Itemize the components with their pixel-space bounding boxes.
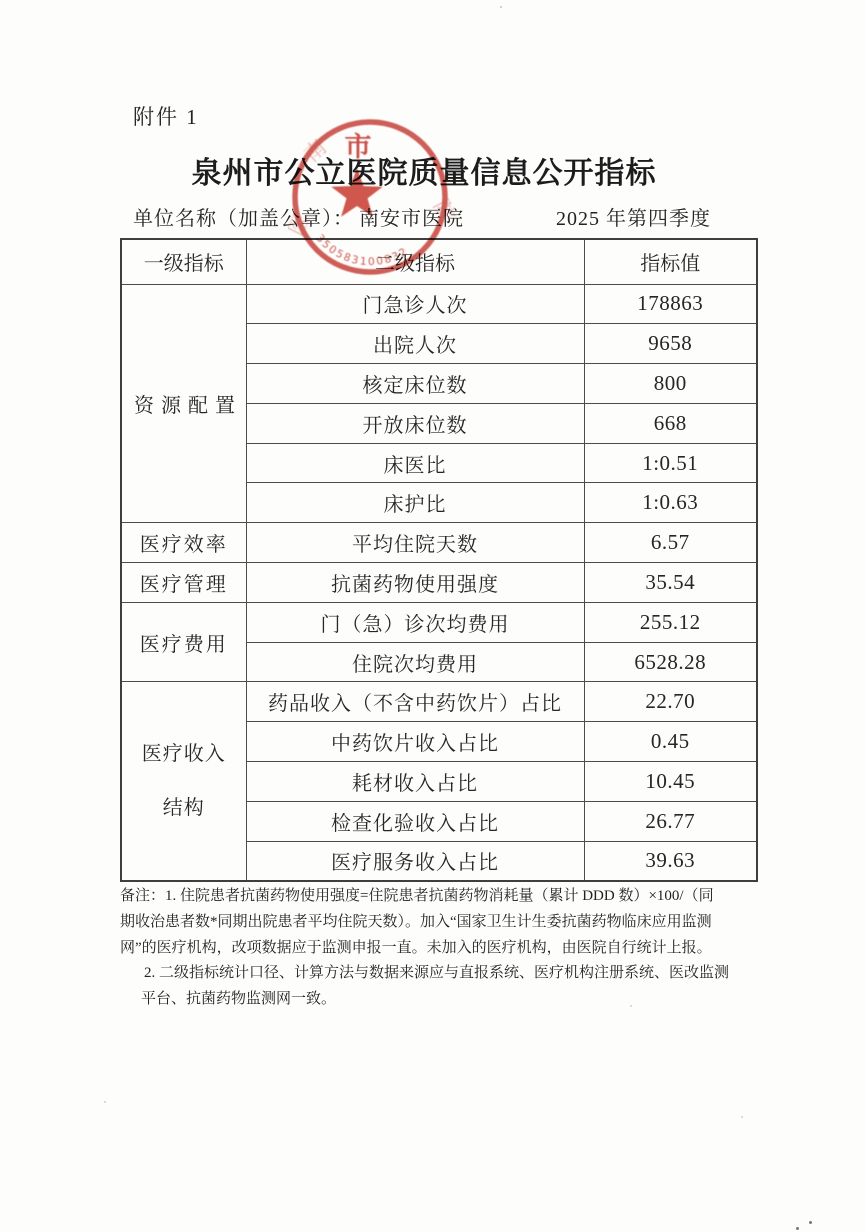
indicator-cell: 住院次均费用	[246, 642, 584, 682]
indicator-cell: 平均住院天数	[246, 523, 584, 563]
category-cell: 医疗费用	[121, 602, 246, 682]
note-line: 备注：1. 住院患者抗菌药物使用强度=住院患者抗菌药物消耗量（累计 DDD 数）…	[120, 884, 768, 910]
col-header-value: 指标值	[584, 239, 757, 284]
value-cell: 9658	[584, 324, 757, 364]
value-cell: 6528.28	[584, 642, 757, 682]
value-cell: 1:0.63	[584, 483, 757, 523]
indicator-cell: 检查化验收入占比	[246, 801, 584, 841]
indicator-cell: 抗菌药物使用强度	[246, 563, 584, 603]
col-header-level1: 一级指标	[121, 239, 246, 284]
indicator-cell: 床医比	[246, 443, 584, 483]
dust-speck	[796, 1227, 799, 1230]
indicator-cell: 医疗服务收入占比	[246, 841, 584, 881]
indicator-cell: 核定床位数	[246, 364, 584, 404]
value-cell: 6.57	[584, 523, 757, 563]
stamp-ring-char: 院	[429, 196, 456, 226]
indicator-cell: 出院人次	[246, 324, 584, 364]
table-row: 资源配置门急诊人次178863	[121, 284, 757, 324]
indicator-table: 一级指标 二级指标 指标值 资源配置门急诊人次178863出院人次9658核定床…	[120, 238, 758, 882]
attachment-label: 附件 1	[133, 101, 199, 131]
value-cell: 668	[584, 403, 757, 443]
table-row: 医疗管理抗菌药物使用强度35.54	[121, 563, 757, 603]
indicator-cell: 门急诊人次	[246, 284, 584, 324]
note-line: 网”的医疗机构，改项数据应于监测申报一直。未加入的医疗机构，由医院自行统计上报。	[120, 936, 768, 962]
value-cell: 39.63	[584, 841, 757, 881]
category-cell: 医疗管理	[121, 563, 246, 603]
indicator-cell: 门（急）诊次均费用	[246, 602, 584, 642]
value-cell: 800	[584, 364, 757, 404]
table-row: 医疗收入结构药品收入（不含中药饮片）占比22.70	[121, 682, 757, 722]
value-cell: 0.45	[584, 722, 757, 762]
category-cell: 医疗效率	[121, 523, 246, 563]
table-row: 医疗效率平均住院天数6.57	[121, 523, 757, 563]
note-line: 期收治患者数*同期出院患者平均住院天数）。加入“国家卫生计生委抗菌药物临床应用监…	[120, 910, 768, 936]
dust-speck	[104, 1101, 106, 1103]
value-cell: 255.12	[584, 602, 757, 642]
dust-speck	[809, 1221, 812, 1224]
value-cell: 178863	[584, 284, 757, 324]
note-line: 2. 二级指标统计口径、计算方法与数据来源应与直报系统、医疗机构注册系统、医改监…	[120, 961, 768, 987]
category-cell: 医疗收入结构	[121, 682, 246, 881]
note-line: 平台、抗菌药物监测网一致。	[120, 987, 768, 1013]
official-seal-stamp: 市 南 医 院 350583100832	[288, 116, 456, 284]
notes-block: 备注：1. 住院患者抗菌药物使用强度=住院患者抗菌药物消耗量（累计 DDD 数）…	[120, 884, 768, 1013]
report-period: 2025 年第四季度	[556, 202, 711, 231]
category-cell: 资源配置	[121, 284, 246, 523]
table-row: 医疗费用门（急）诊次均费用255.12	[121, 602, 757, 642]
dust-speck	[500, 6, 502, 8]
indicator-cell: 开放床位数	[246, 403, 584, 443]
stamp-top-char: 市	[345, 132, 372, 162]
scanned-document-page: 附件 1 泉州市公立医院质量信息公开指标 单位名称（加盖公章）：南安市医院 20…	[0, 0, 866, 1232]
stamp-ring-char: 医	[288, 210, 314, 239]
value-cell: 35.54	[584, 563, 757, 603]
stamp-serial-number: 350583100832	[313, 232, 410, 268]
value-cell: 22.70	[584, 682, 757, 722]
value-cell: 10.45	[584, 762, 757, 802]
indicator-cell: 中药饮片收入占比	[246, 722, 584, 762]
indicator-cell: 药品收入（不含中药饮片）占比	[246, 682, 584, 722]
dust-speck	[630, 1005, 632, 1007]
stamp-star-icon	[331, 168, 382, 217]
indicator-cell: 耗材收入占比	[246, 762, 584, 802]
dust-speck	[741, 1116, 743, 1118]
value-cell: 1:0.51	[584, 443, 757, 483]
value-cell: 26.77	[584, 801, 757, 841]
indicator-cell: 床护比	[246, 483, 584, 523]
